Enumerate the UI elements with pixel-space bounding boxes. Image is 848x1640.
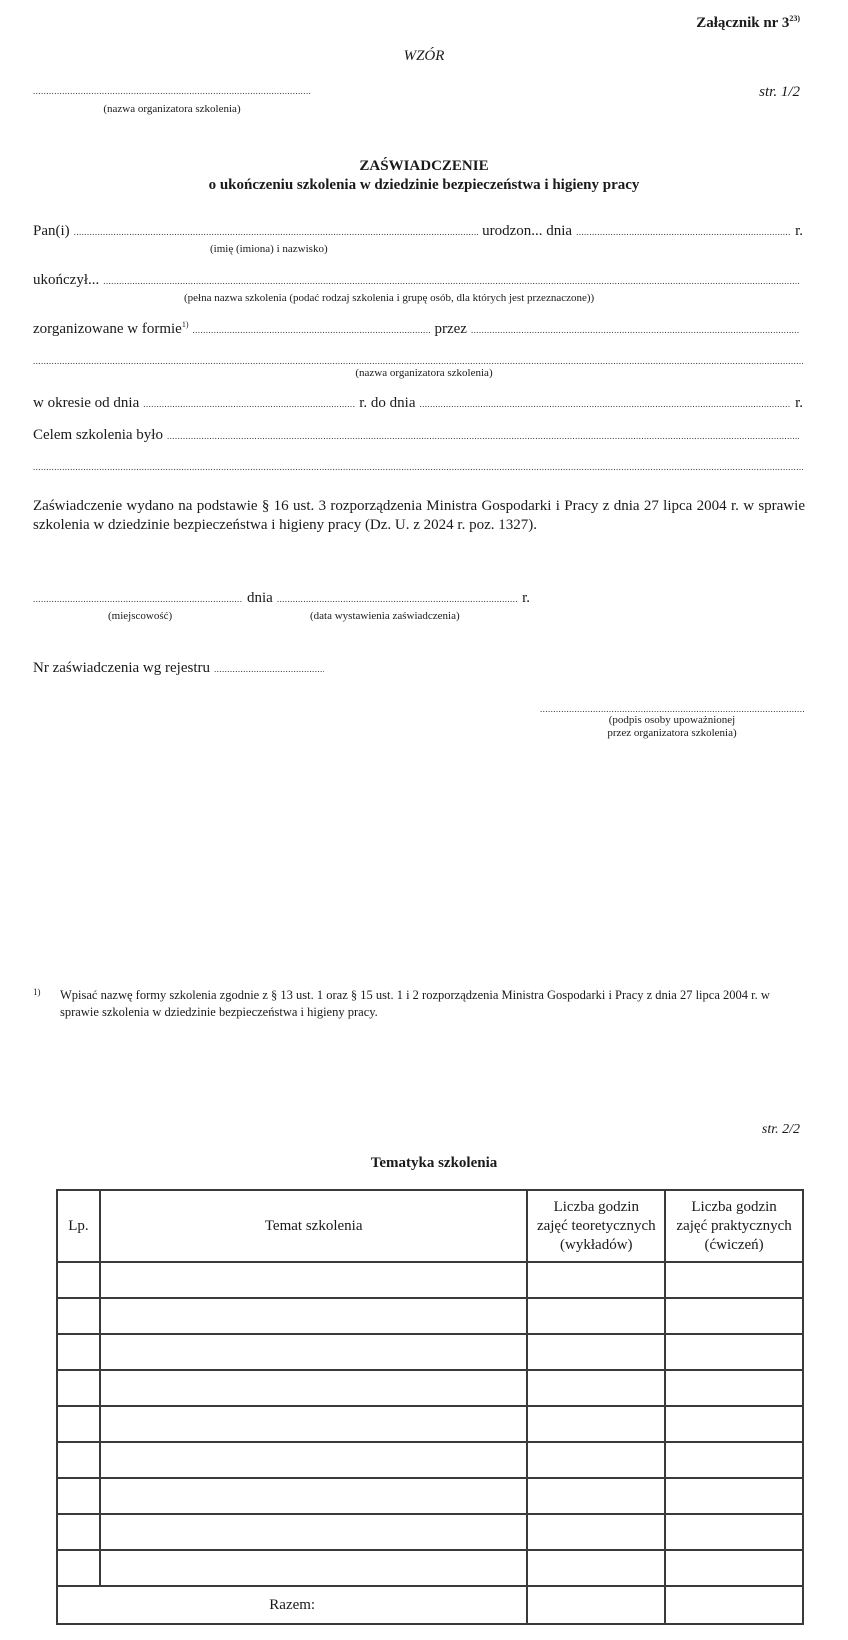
cell-practice[interactable]: [665, 1514, 803, 1550]
table-row: [57, 1442, 803, 1478]
name-field[interactable]: [74, 223, 478, 240]
date-caption: (data wystawienia zaświadczenia): [310, 610, 460, 622]
table-row: [57, 1370, 803, 1406]
table-header-row: Lp. Temat szkolenia Liczba godzin zajęć …: [57, 1190, 803, 1262]
purpose-field[interactable]: [167, 427, 799, 444]
cell-practice[interactable]: [665, 1550, 803, 1586]
name-caption: (imię (imiona) i nazwisko): [210, 243, 328, 255]
organizer-field[interactable]: [33, 82, 311, 99]
name-birth-row: Pan(i) urodzon... dnia r.: [33, 223, 803, 240]
cell-topic[interactable]: [100, 1298, 528, 1334]
table-row: [57, 1262, 803, 1298]
legal-basis: Zaświadczenie wydano na podstawie § 16 u…: [33, 497, 805, 535]
cell-practice[interactable]: [665, 1406, 803, 1442]
table-row: [57, 1334, 803, 1370]
organizer-name-caption: (nazwa organizatora szkolenia): [0, 367, 848, 379]
cell-theory[interactable]: [527, 1442, 665, 1478]
cell-lp[interactable]: [57, 1406, 100, 1442]
cell-topic[interactable]: [100, 1550, 528, 1586]
completed-row: ukończył...: [33, 272, 803, 289]
footnote-marker: 1): [33, 987, 41, 997]
table-row: [57, 1298, 803, 1334]
cell-lp[interactable]: [57, 1298, 100, 1334]
cell-lp[interactable]: [57, 1478, 100, 1514]
header-topic: Temat szkolenia: [100, 1190, 528, 1262]
total-row: Razem:: [57, 1586, 803, 1624]
certificate-subtitle: o ukończeniu szkolenia w dziedzinie bezp…: [0, 177, 848, 194]
organized-row: zorganizowane w formie1) przez: [33, 321, 803, 338]
cell-lp[interactable]: [57, 1262, 100, 1298]
cell-theory[interactable]: [527, 1550, 665, 1586]
table-row: [57, 1478, 803, 1514]
completed-label: ukończył...: [33, 272, 99, 289]
cell-practice[interactable]: [665, 1370, 803, 1406]
year-suffix: r.: [795, 223, 803, 240]
cell-lp[interactable]: [57, 1514, 100, 1550]
issue-year-suffix: r.: [522, 590, 530, 607]
cell-practice[interactable]: [665, 1478, 803, 1514]
certificate-title: ZAŚWIADCZENIE: [0, 158, 848, 175]
total-theory-cell[interactable]: [527, 1586, 665, 1624]
table-row: [57, 1550, 803, 1586]
register-number-field[interactable]: [214, 660, 324, 677]
table-row: [57, 1406, 803, 1442]
issue-day-label: dnia: [247, 590, 273, 607]
template-label: WZÓR: [0, 48, 848, 65]
page-number-1: str. 1/2: [759, 84, 800, 101]
cell-topic[interactable]: [100, 1442, 528, 1478]
purpose-row: Celem szkolenia było: [33, 427, 803, 444]
annex-label: Załącznik nr 323): [696, 15, 800, 32]
cell-topic[interactable]: [100, 1370, 528, 1406]
place-caption: (miejscowość): [108, 610, 172, 622]
table-row: [57, 1514, 803, 1550]
signature-caption-1: (podpis osoby upoważnionej: [540, 714, 804, 726]
purpose-label: Celem szkolenia było: [33, 427, 163, 444]
header-theory-hours: Liczba godzin zajęć teoretycznych (wykła…: [527, 1190, 665, 1262]
register-label: Nr zaświadczenia wg rejestru: [33, 660, 210, 677]
footnote-text: Wpisać nazwę formy szkolenia zgodnie z §…: [60, 987, 805, 1021]
cell-lp[interactable]: [57, 1370, 100, 1406]
name-label: Pan(i): [33, 223, 70, 240]
cell-theory[interactable]: [527, 1478, 665, 1514]
cell-practice[interactable]: [665, 1262, 803, 1298]
issue-date-field[interactable]: [277, 590, 518, 607]
cell-topic[interactable]: [100, 1262, 528, 1298]
cell-topic[interactable]: [100, 1478, 528, 1514]
period-to-label: r. do dnia: [359, 395, 415, 412]
training-name-field[interactable]: [103, 272, 799, 289]
cell-lp[interactable]: [57, 1550, 100, 1586]
issue-row: dnia r.: [33, 590, 530, 607]
cell-theory[interactable]: [527, 1370, 665, 1406]
cell-topic[interactable]: [100, 1406, 528, 1442]
register-row: Nr zaświadczenia wg rejestru: [33, 660, 328, 677]
born-label: urodzon... dnia: [482, 223, 572, 240]
cell-theory[interactable]: [527, 1298, 665, 1334]
period-to-field[interactable]: [419, 395, 791, 412]
topics-title: Tematyka szkolenia: [0, 1155, 848, 1172]
organized-label: zorganizowane w formie1): [33, 321, 189, 338]
header-lp: Lp.: [57, 1190, 100, 1262]
cell-lp[interactable]: [57, 1442, 100, 1478]
cell-practice[interactable]: [665, 1298, 803, 1334]
header-practice-hours: Liczba godzin zajęć praktycznych (ćwicze…: [665, 1190, 803, 1262]
topics-table: Lp. Temat szkolenia Liczba godzin zajęć …: [56, 1189, 804, 1625]
signature-caption-2: przez organizatora szkolenia): [540, 727, 804, 739]
completed-caption: (pełna nazwa szkolenia (podać rodzaj szk…: [184, 292, 594, 304]
period-row: w okresie od dnia r. do dnia r.: [33, 395, 803, 412]
total-label: Razem:: [57, 1586, 527, 1624]
cell-practice[interactable]: [665, 1334, 803, 1370]
total-practice-cell[interactable]: [665, 1586, 803, 1624]
organizer-by-field[interactable]: [471, 321, 799, 338]
period-from-label: w okresie od dnia: [33, 395, 139, 412]
training-form-field[interactable]: [193, 321, 431, 338]
purpose-field-2[interactable]: [33, 458, 803, 475]
cell-topic[interactable]: [100, 1514, 528, 1550]
cell-topic[interactable]: [100, 1334, 528, 1370]
cell-theory[interactable]: [527, 1514, 665, 1550]
cell-lp[interactable]: [57, 1334, 100, 1370]
by-label: przez: [435, 321, 467, 338]
cell-theory[interactable]: [527, 1406, 665, 1442]
organizer-caption: (nazwa organizatora szkolenia): [33, 103, 311, 115]
period-suffix: r.: [795, 395, 803, 412]
period-from-field[interactable]: [143, 395, 355, 412]
place-field[interactable]: [33, 590, 243, 607]
cell-practice[interactable]: [665, 1442, 803, 1478]
birth-date-field[interactable]: [576, 223, 791, 240]
page-number-2: str. 2/2: [762, 1122, 800, 1138]
cell-theory[interactable]: [527, 1262, 665, 1298]
cell-theory[interactable]: [527, 1334, 665, 1370]
